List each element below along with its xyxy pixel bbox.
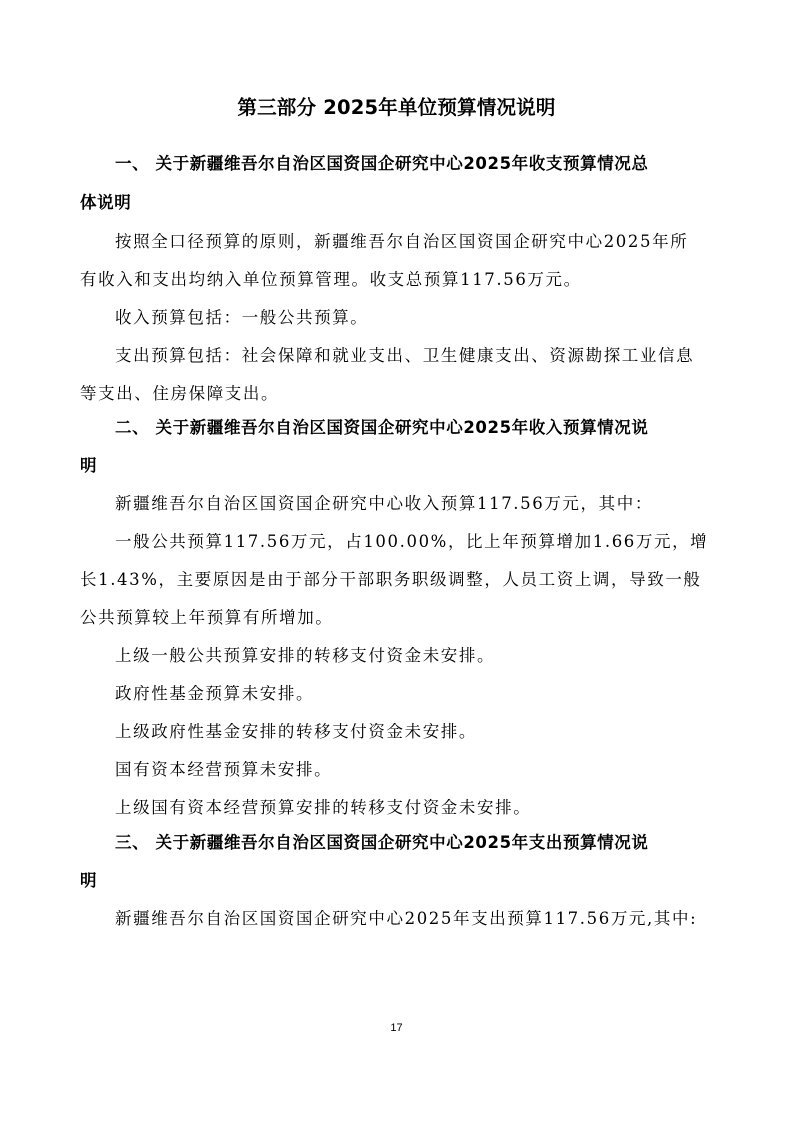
paragraph: 上级国有资本经营预算安排的转移支付资金未安排。: [115, 794, 531, 818]
section-2-heading: 二、 关于新疆维吾尔自治区国资国企研究中心2025年收入预算情况说: [115, 414, 648, 438]
paragraph-cont: 公共预算较上年预算有所增加。: [80, 604, 333, 628]
paragraph: 收入预算包括：一般公共预算。: [115, 304, 368, 328]
paragraph: 新疆维吾尔自治区国资国企研究中心2025年支出预算117.56万元,其中:: [115, 905, 697, 929]
paragraph-cont: 长1.43%，主要原因是由于部分干部职务职级调整，人员工资上调，导致一般: [80, 566, 702, 590]
paragraph: 上级政府性基金安排的转移支付资金未安排。: [115, 718, 477, 742]
paragraph: 一般公共预算117.56万元，占100.00%，比上年预算增加1.66万元，增: [115, 528, 708, 552]
paragraph: 支出预算包括：社会保障和就业支出、卫生健康支出、资源勘探工业信息: [115, 342, 694, 366]
section-3-heading: 三、 关于新疆维吾尔自治区国资国企研究中心2025年支出预算情况说: [115, 829, 648, 853]
paragraph: 政府性基金预算未安排。: [115, 680, 314, 704]
section-3-heading-cont: 明: [80, 867, 97, 891]
page-title: 第三部分 2025年单位预算情况说明: [0, 92, 793, 120]
paragraph-cont: 等支出、住房保障支出。: [80, 380, 279, 404]
paragraph: 按照全口径预算的原则，新疆维吾尔自治区国资国企研究中心2025年所: [115, 228, 688, 252]
paragraph: 新疆维吾尔自治区国资国企研究中心收入预算117.56万元，其中：: [115, 490, 653, 514]
paragraph-cont: 有收入和支出均纳入单位预算管理。收支总预算117.56万元。: [80, 266, 582, 290]
section-1-heading-cont: 体说明: [80, 189, 131, 213]
paragraph: 国有资本经营预算未安排。: [115, 756, 332, 780]
section-1-heading: 一、 关于新疆维吾尔自治区国资国企研究中心2025年收支预算情况总: [115, 150, 648, 174]
page-number: 17: [0, 1022, 793, 1034]
paragraph: 上级一般公共预算安排的转移支付资金未安排。: [115, 642, 495, 666]
section-2-heading-cont: 明: [80, 452, 97, 476]
